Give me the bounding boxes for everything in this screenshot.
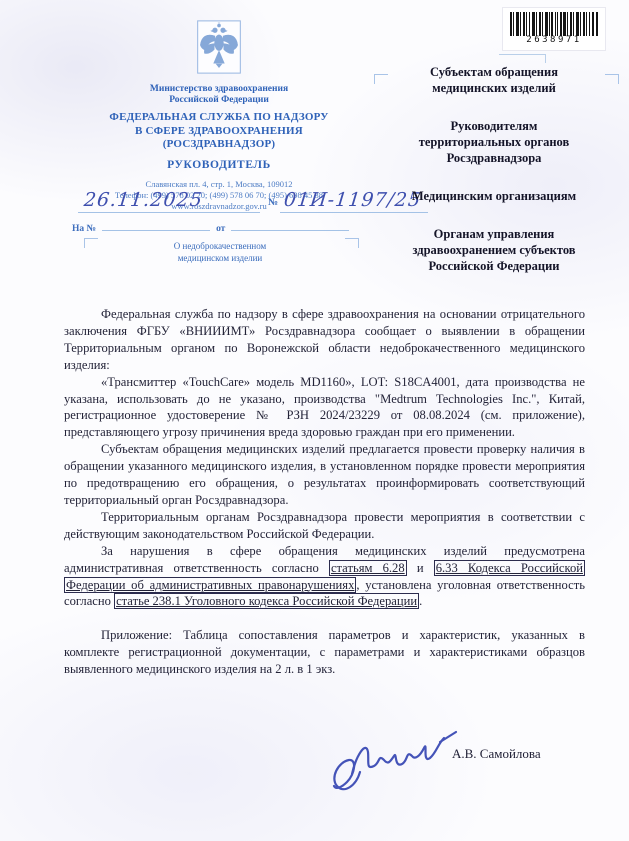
letterhead: Министерство здравоохранения Российской …: [58, 20, 380, 211]
letter-body: Федеральная служба по надзору в сфере зд…: [64, 306, 585, 678]
reply-to-label: На №: [72, 224, 96, 234]
reply-reference-row: На №от: [72, 219, 372, 234]
scanned-letter-page: 2638971 Министерство здравоохранени: [0, 0, 629, 841]
paragraph-attachment: Приложение: Таблица сопоставления параме…: [64, 627, 585, 678]
ministry-name: Министерство здравоохранения Российской …: [58, 84, 380, 106]
liability-text-4: .: [419, 594, 422, 608]
coat-of-arms-icon: [197, 20, 241, 74]
reply-number-blank: [102, 219, 210, 231]
recipient-medical-organizations: Медицинским организациям: [368, 188, 620, 204]
paragraph-instruction-territorial: Территориальным органам Росздравнадзора …: [64, 509, 585, 543]
signatory-name: А.В. Самойлова: [452, 746, 592, 762]
reply-from-label: от: [216, 224, 225, 234]
agency-address: Славянская пл. 4, стр. 1, Москва, 109012: [58, 179, 380, 189]
reference-row: 26.11.2025 № 01И-1197/25: [72, 191, 372, 219]
paragraph-liability: За нарушения в сфере обращения медицинск…: [64, 543, 585, 611]
date-underline: [78, 212, 260, 213]
number-sign-label: №: [268, 197, 278, 208]
statute-link-6-28[interactable]: статьям 6.28: [329, 560, 407, 576]
address-zone-mark: [499, 54, 546, 63]
recipient-health-authorities: Органам управления здравоохранением субъ…: [368, 226, 620, 274]
recipient-territorial-heads: Руководителям территориальных органов Ро…: [368, 118, 620, 166]
handwritten-signature-icon: [322, 712, 472, 807]
recipient-subjects-of-circulation: Субъектам обращения медицинских изделий: [368, 64, 620, 96]
barcode-number: 2638971: [503, 36, 605, 45]
statute-link-238-1-uk[interactable]: статье 238.1 Уголовного кодекса Российск…: [114, 593, 419, 609]
agency-name: ФЕДЕРАЛЬНАЯ СЛУЖБА ПО НАДЗОРУ В СФЕРЕ ЗД…: [58, 111, 380, 151]
handwritten-date: 26.11.2025: [83, 189, 204, 211]
position-title: РУКОВОДИТЕЛЬ: [58, 159, 380, 171]
liability-text-2: и: [407, 561, 434, 575]
barcode-icon: [510, 12, 598, 36]
letter-subject: О недоброкачественном медицинском издели…: [90, 240, 350, 264]
reply-date-blank: [231, 219, 349, 231]
barcode-sticker: 2638971: [503, 8, 605, 50]
paragraph-device-details: «Трансмиттер «TouchCare» модель MD1160»,…: [64, 374, 585, 442]
paragraph-intro: Федеральная служба по надзору в сфере зд…: [64, 306, 585, 374]
paragraph-instruction-subjects: Субъектам обращения медицинских изделий …: [64, 441, 585, 509]
recipients-block: Субъектам обращения медицинских изделий …: [368, 64, 620, 296]
